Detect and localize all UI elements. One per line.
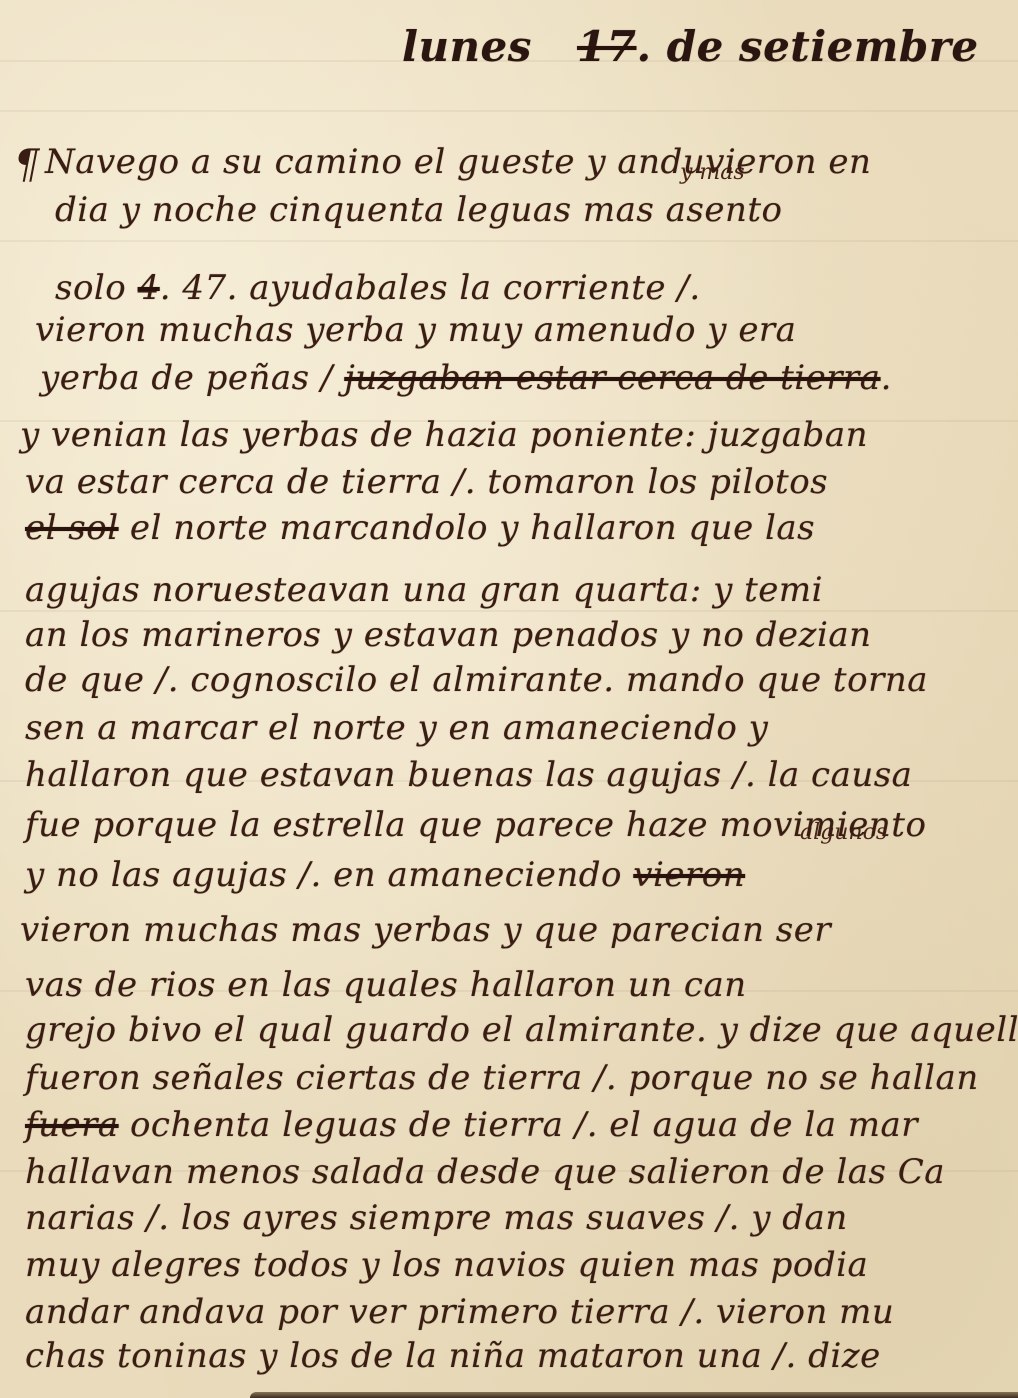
line-text: . (881, 358, 892, 398)
manuscript-line: solo 4. 47. ayudabales la corriente /. (55, 268, 701, 308)
struck-text: vieron (633, 855, 745, 895)
manuscript-line: vieron muchas yerba y muy amenudo y era (35, 310, 796, 350)
line-text: yerba de peñas / (40, 358, 333, 398)
manuscript-line: fuera ochenta leguas de tierra /. el agu… (25, 1105, 918, 1145)
manuscript-line: sen a marcar el norte y en amaneciendo y (25, 708, 768, 748)
struck-text: el sol (25, 508, 119, 548)
page-bottom-edge (250, 1392, 1018, 1398)
heading-day: lunes (402, 22, 532, 71)
manuscript-line: hallavan menos salada desde que salieron… (25, 1152, 945, 1192)
manuscript-line: y no las agujas /. en amaneciendo vieron (25, 855, 745, 895)
manuscript-line: vieron muchas mas yerbas y que parecian … (20, 910, 831, 950)
manuscript-line: chas toninas y los de la niña mataron un… (25, 1336, 881, 1376)
manuscript-line: Navego a su camino el gueste y anduviero… (45, 142, 871, 182)
bleed-through-line (0, 110, 1018, 112)
page-heading: lunes 17. de setiembre (402, 22, 979, 71)
bleed-through-line (0, 610, 1018, 612)
manuscript-line: vas de rios en las quales hallaron un ca… (25, 965, 747, 1005)
manuscript-line: de que /. cognoscilo el almirante. mando… (25, 660, 928, 700)
manuscript-line: an los marineros y estavan penados y no … (25, 615, 872, 655)
struck-text: 4 (138, 268, 160, 308)
manuscript-line: muy alegres todos y los navios quien mas… (25, 1245, 868, 1285)
struck-text: juzgaban estar cerca de tierra (344, 358, 880, 398)
line-text: ochenta leguas de tierra /. el agua de l… (119, 1105, 918, 1145)
line-text: solo (55, 268, 126, 308)
manuscript-line: hallaron que estavan buenas las agujas /… (25, 755, 912, 795)
line-text: el norte marcandolo y hallaron que las (119, 508, 816, 548)
manuscript-line: narias /. los ayres siempre mas suaves /… (25, 1198, 848, 1238)
manuscript-line: grejo bivo el qual guardo el almirante. … (25, 1010, 1018, 1050)
struck-text: fuera (25, 1105, 119, 1145)
line-text: y no las agujas /. en amaneciendo (25, 855, 622, 895)
manuscript-line: yerba de peñas / juzgaban estar cerca de… (40, 358, 892, 398)
manuscript-line: andar andava por ver primero tierra /. v… (25, 1292, 894, 1332)
manuscript-line: y venian las yerbas de hazia poniente: j… (20, 415, 868, 455)
heading-rest: . de setiembre (636, 22, 978, 71)
manuscript-line: fueron señales ciertas de tierra /. porq… (25, 1058, 979, 1098)
bleed-through-line (0, 240, 1018, 242)
manuscript-page: lunes 17. de setiembre ¶ y mas algunos N… (0, 0, 1018, 1398)
manuscript-line: fue porque la estrella que parece haze m… (25, 805, 926, 845)
paragraph-mark: ¶ (14, 142, 39, 188)
manuscript-line: dia y noche cinquenta leguas mas asento (55, 190, 783, 230)
manuscript-line: agujas noruesteavan una gran quarta: y t… (25, 570, 823, 610)
manuscript-line: va estar cerca de tierra /. tomaron los … (25, 462, 828, 502)
manuscript-line: el sol el norte marcandolo y hallaron qu… (25, 508, 815, 548)
heading-struck-number: 17 (577, 22, 636, 71)
line-text: . 47. ayudabales la corriente /. (160, 268, 701, 308)
